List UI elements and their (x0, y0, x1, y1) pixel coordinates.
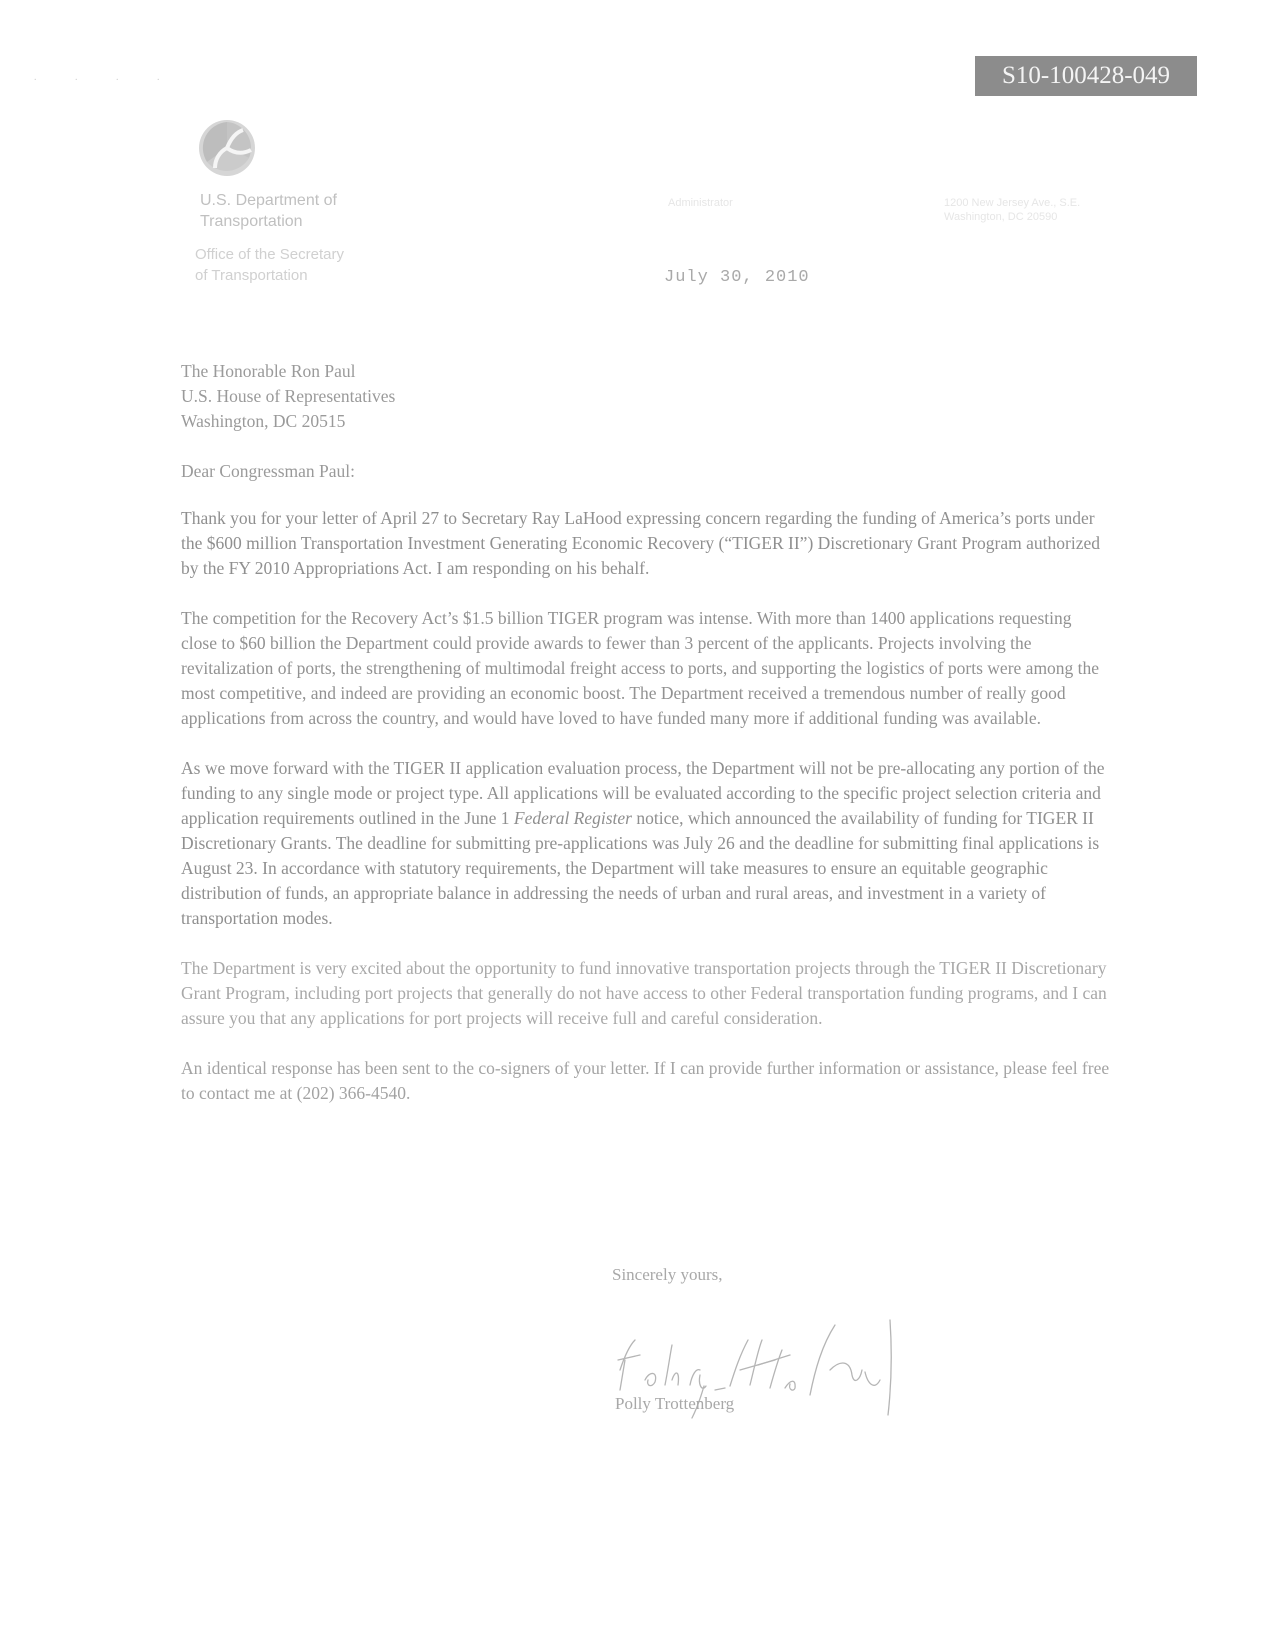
paragraph-4: The Department is very excited about the… (181, 956, 1111, 1031)
paragraph-2: The competition for the Recovery Act’s $… (181, 606, 1111, 731)
letterhead-address: 1200 New Jersey Ave., S.E. Washington, D… (944, 196, 1080, 224)
recipient-address: The Honorable Ron Paul U.S. House of Rep… (181, 359, 395, 434)
scan-specks: . . . . (34, 72, 178, 83)
dot-logo-icon (197, 118, 257, 178)
letter-date: July 30, 2010 (664, 268, 810, 287)
letterhead-address-line-1: 1200 New Jersey Ave., S.E. (944, 196, 1080, 210)
paragraph-5: An identical response has been sent to t… (181, 1056, 1111, 1106)
recipient-line-3: Washington, DC 20515 (181, 409, 395, 434)
office-line-1: Office of the Secretary (195, 244, 344, 265)
salutation: Dear Congressman Paul: (181, 461, 355, 482)
control-number-stamp: S10-100428-049 (975, 56, 1197, 96)
paragraph-3: As we move forward with the TIGER II app… (181, 756, 1111, 931)
agency-line-2: Transportation (200, 211, 337, 232)
letterhead-title: Administrator (668, 196, 733, 210)
letterhead-address-line-2: Washington, DC 20590 (944, 210, 1080, 224)
recipient-line-2: U.S. House of Representatives (181, 384, 395, 409)
office-name: Office of the Secretary of Transportatio… (195, 244, 344, 286)
closing: Sincerely yours, (612, 1265, 722, 1285)
federal-register-title: Federal Register (514, 808, 632, 828)
signer-name: Polly Trottenberg (615, 1394, 734, 1414)
paragraph-1: Thank you for your letter of April 27 to… (181, 506, 1111, 581)
letter-body: Thank you for your letter of April 27 to… (181, 506, 1111, 1131)
recipient-line-1: The Honorable Ron Paul (181, 359, 395, 384)
agency-line-1: U.S. Department of (200, 190, 337, 211)
agency-name: U.S. Department of Transportation (200, 190, 337, 232)
office-line-2: of Transportation (195, 265, 344, 286)
